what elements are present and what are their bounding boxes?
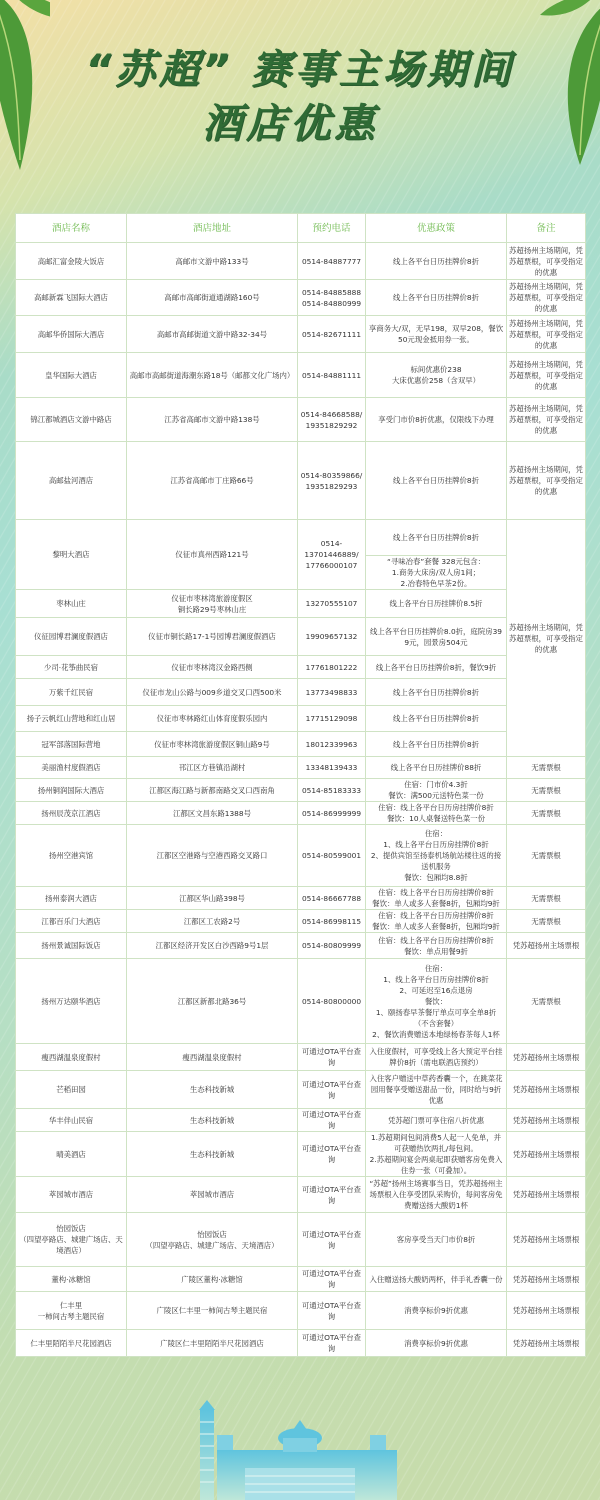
table-row: 仁丰里陌陌半尺花园酒店 广陵区仁丰里陌陌半尺花园酒店 可通过OTA平台查询 消费…: [16, 1330, 586, 1357]
hotel-offer: “苏超”扬州主场赛事当日，凭苏超扬州主场票根入住享受团队采购价，每间客房免费赠送…: [366, 1177, 507, 1213]
hotel-remark: 苏超扬州主场期间，凭苏超票根，可享受指定的优惠: [507, 442, 586, 520]
hotel-phone: 0514-84885888 0514-84880999: [298, 280, 366, 316]
hotel-offer: 线上各平台日历挂牌价8.0折，庭院房399元，园景房504元: [366, 618, 507, 656]
hotel-address: 高邮市文游中路133号: [127, 243, 298, 280]
hotel-address: 江苏省高邮市丁庄路66号: [127, 442, 298, 520]
hotel-offer: 消费享标价9折优惠: [366, 1330, 507, 1357]
hotel-name: 少司·花筝曲民宿: [16, 656, 127, 679]
hotel-name: 扬州景诚国际饭店: [16, 933, 127, 959]
page-title-line1: “苏超” 赛事主场期间: [0, 38, 600, 95]
table-row: 美丽渔村度假酒店 邗江区方巷镇沿湖村 13348139433 线上各平台日历挂牌…: [16, 757, 586, 779]
hotel-offer: 线上各平台日历挂牌价8折: [366, 706, 507, 732]
hotel-address: 生态科技新城: [127, 1071, 298, 1109]
page-title-line2: 酒店优惠: [0, 92, 590, 149]
hotel-phone: 13773498833: [298, 679, 366, 706]
table-header-row: 酒店名称 酒店地址 预约电话 优惠政策 备注: [16, 214, 586, 243]
hotel-address: 生态科技新城: [127, 1132, 298, 1177]
hotel-remark: 凭苏超扬州主场票根: [507, 1292, 586, 1330]
hotel-phone: 可通过OTA平台查询: [298, 1132, 366, 1177]
hotel-address: 江都区经济开发区白沙西路9号1层: [127, 933, 298, 959]
hotel-phone: 0514-80599001: [298, 825, 366, 887]
hotel-offer: 标间优惠价238 大床优惠价258（含双早）: [366, 353, 507, 398]
hotel-name: 江都百乐门大酒店: [16, 910, 127, 933]
hotel-name: 扬州泰润大酒店: [16, 887, 127, 910]
hotel-address: 生态科技新城: [127, 1109, 298, 1132]
hotel-offer: 住宿：线上各平台日历房挂牌价8折 餐饮：单点用餐9折: [366, 933, 507, 959]
hotel-name: 芒稻田园: [16, 1071, 127, 1109]
hotel-discount-table: 酒店名称 酒店地址 预约电话 优惠政策 备注 高邮汇富金陵大饭店 高邮市文游中路…: [15, 213, 586, 1357]
table-row: 扬州空港宾馆 江都区空港路与空港西路交叉路口 0514-80599001 住宿：…: [16, 825, 586, 887]
table-row: 仁丰里 一柿间古琴主题民宿 广陵区仁丰里一柿间古琴主题民宿 可通过OTA平台查询…: [16, 1292, 586, 1330]
table-row: 少司·花筝曲民宿 仪征市枣林湾汉金路西侧 17761801222 线上各平台日历…: [16, 656, 586, 679]
table-row: 高邮盐河酒店 江苏省高邮市丁庄路66号 0514-80359866/ 19351…: [16, 442, 586, 520]
hotel-phone: 可通过OTA平台查询: [298, 1109, 366, 1132]
hotel-remark: 凭苏超扬州主场票根: [507, 1071, 586, 1109]
table-row: 怡园饭店 （四望亭路店、城建广场店、天境酒店） 怡园饭店 （四望亭路店、城建广场…: [16, 1213, 586, 1267]
hotel-offer: 住宿： 1、线上各平台日历房挂牌价8折 2、可延迟至16点退房 餐饮： 1、颐扬…: [366, 959, 507, 1044]
hotel-offer: 享商务大/双，无早198，双早208，餐饮50元现金抵用券一张。: [366, 316, 507, 353]
hotel-name: 皇华国际大酒店: [16, 353, 127, 398]
header-hotel-name: 酒店名称: [16, 214, 127, 243]
hotel-name: 仁丰里陌陌半尺花园酒店: [16, 1330, 127, 1357]
hotel-phone: 可通过OTA平台查询: [298, 1267, 366, 1292]
hotel-address: 广陵区仁丰里陌陌半尺花园酒店: [127, 1330, 298, 1357]
hotel-offer: 消费享标价9折优惠: [366, 1292, 507, 1330]
hotel-phone: 13270555107: [298, 590, 366, 618]
hotel-remark: 无需票根: [507, 802, 586, 825]
table-row: 扬州景诚国际饭店 江都区经济开发区白沙西路9号1层 0514-80809999 …: [16, 933, 586, 959]
hotel-name: 晴美酒店: [16, 1132, 127, 1177]
hotel-phone: 0514- 13701446889/ 17766000107: [298, 520, 366, 590]
hotel-remark-merged: 苏超扬州主场期间，凭苏超票根，可享受指定的优惠: [507, 520, 586, 757]
table-row: 晴美酒店 生态科技新城 可通过OTA平台查询 1.苏超期间包间消费5人起一人免单…: [16, 1132, 586, 1177]
hotel-address: 江都区文昌东路1388号: [127, 802, 298, 825]
hotel-name: 扬州空港宾馆: [16, 825, 127, 887]
hotel-phone: 0514-86998115: [298, 910, 366, 933]
hotel-offer: 住宿：线上各平台日历房挂牌价8折 餐饮：单人或多人套餐8折，包厢均9折: [366, 887, 507, 910]
hotel-address: 仪征市龙山公路与009乡道交叉口西500米: [127, 679, 298, 706]
hotel-address: 仪征市枣林湾旅游度假区 铜长路29号枣林山庄: [127, 590, 298, 618]
hotel-remark: 无需票根: [507, 825, 586, 887]
hotel-name: 董构·冰糖馆: [16, 1267, 127, 1292]
hotel-address: 江都区新都北路36号: [127, 959, 298, 1044]
header-offer: 优惠政策: [366, 214, 507, 243]
hotel-offer: 入住客户赠送中草药香囊一个，在跳菜花园用餐享受赠送甜品一份，同时给与9折优惠: [366, 1071, 507, 1109]
hotel-phone: 可通过OTA平台查询: [298, 1292, 366, 1330]
hotel-address: 仪征市枣林湾汉金路西侧: [127, 656, 298, 679]
hotel-address: 仪征市真州西路121号: [127, 520, 298, 590]
hotel-name: 冠军部落国际营地: [16, 732, 127, 757]
hotel-name: 高邮汇富金陵大饭店: [16, 243, 127, 280]
hotel-address: 广陵区董构·冰糖馆: [127, 1267, 298, 1292]
header-phone: 预约电话: [298, 214, 366, 243]
hotel-address: 仪征市枣林路红山体育度假乐园内: [127, 706, 298, 732]
hotel-address: 江都区海江路与新都南路交叉口西南角: [127, 779, 298, 802]
hotel-name: 仪征园博君澜度假酒店: [16, 618, 127, 656]
hotel-address: 仪征市铜长路17-1号园博君澜度假酒店: [127, 618, 298, 656]
table-row: 枣林山庄 仪征市枣林湾旅游度假区 铜长路29号枣林山庄 13270555107 …: [16, 590, 586, 618]
hotel-address: 高邮市高邮街道文游中路32-34号: [127, 316, 298, 353]
hotel-remark: 无需票根: [507, 757, 586, 779]
hotel-offer: 住宿：门市价4.3折 餐饮：满500元送特色菜一份: [366, 779, 507, 802]
table-row: 皇华国际大酒店 高邮市高邮街道海潮东路18号（邮都文化广场内） 0514-848…: [16, 353, 586, 398]
hotel-address: 怡园饭店 （四望亭路店、城建广场店、天境酒店）: [127, 1213, 298, 1267]
hotel-phone: 可通过OTA平台查询: [298, 1330, 366, 1357]
hotel-remark: 凭苏超扬州主场票根: [507, 1109, 586, 1132]
table-row: 董构·冰糖馆 广陵区董构·冰糖馆 可通过OTA平台查询 入住赠送扬大酸奶两杯，伴…: [16, 1267, 586, 1292]
hotel-phone: 0514-80359866/ 19351829293: [298, 442, 366, 520]
table-row: 扬州铜润国际大酒店 江都区海江路与新都南路交叉口西南角 0514-8518333…: [16, 779, 586, 802]
hotel-address: 高邮市高邮街道海潮东路18号（邮都文化广场内）: [127, 353, 298, 398]
hotel-offer: 入住赠送扬大酸奶两杯，伴手礼香囊一份: [366, 1267, 507, 1292]
hotel-offer: 住宿：线上各平台日历房挂牌价8折 餐饮：单人或多人套餐8折，包厢均9折: [366, 910, 507, 933]
hotel-offer: 线上各平台日历挂牌价8折: [366, 280, 507, 316]
hotel-remark: 无需票根: [507, 959, 586, 1044]
hotel-name: 扬州辰茂京江酒店: [16, 802, 127, 825]
hotel-phone: 可通过OTA平台查询: [298, 1177, 366, 1213]
hotel-name: 万紫千红民宿: [16, 679, 127, 706]
hotel-name: 高邮新霖飞国际大酒店: [16, 280, 127, 316]
hotel-phone: 19909657132: [298, 618, 366, 656]
hotel-name: 扬子云帆红山营地和红山居: [16, 706, 127, 732]
hotel-remark: 苏超扬州主场期间，凭苏超票根，可享受指定的优惠: [507, 398, 586, 442]
hotel-phone: 0514-80809999: [298, 933, 366, 959]
hotel-phone: 可通过OTA平台查询: [298, 1044, 366, 1071]
hotel-phone: 0514-86999999: [298, 802, 366, 825]
hotel-phone: 可通过OTA平台查询: [298, 1071, 366, 1109]
hotel-offer: 凭苏超门票可享住宿八折优惠: [366, 1109, 507, 1132]
hotel-remark: 凭苏超扬州主场票根: [507, 1330, 586, 1357]
hotel-name: 美丽渔村度假酒店: [16, 757, 127, 779]
hotel-offer: 线上各平台日历挂牌价8折: [366, 732, 507, 757]
hotel-phone: 0514-80800000: [298, 959, 366, 1044]
hotel-phone: 0514-86667788: [298, 887, 366, 910]
hotel-address: 江都区空港路与空港西路交叉路口: [127, 825, 298, 887]
hotel-offer: 线上各平台日历挂牌价88折: [366, 757, 507, 779]
table-row: 江都百乐门大酒店 江都区工农路2号 0514-86998115 住宿：线上各平台…: [16, 910, 586, 933]
table-row: 萃园城市酒店 萃园城市酒店 可通过OTA平台查询 “苏超”扬州主场赛事当日，凭苏…: [16, 1177, 586, 1213]
hotel-phone: 17715129098: [298, 706, 366, 732]
hotel-name: 怡园饭店 （四望亭路店、城建广场店、天境酒店）: [16, 1213, 127, 1267]
hotel-name: 扬州铜润国际大酒店: [16, 779, 127, 802]
table-row: 冠军部落国际营地 仪征市枣林湾旅游度假区铜山路9号 18012339963 线上…: [16, 732, 586, 757]
hotel-remark: 苏超扬州主场期间，凭苏超票根，可享受指定的优惠: [507, 243, 586, 280]
hotel-address: 萃园城市酒店: [127, 1177, 298, 1213]
hotel-address: 邗江区方巷镇沿湖村: [127, 757, 298, 779]
hotel-remark: 苏超扬州主场期间，凭苏超票根，可享受指定的优惠: [507, 353, 586, 398]
hotel-phone: 0514-84881111: [298, 353, 366, 398]
hotel-remark: 凭苏超扬州主场票根: [507, 1044, 586, 1071]
hotel-address: 江苏省高邮市文游中路138号: [127, 398, 298, 442]
table-row: 扬州万达颐华酒店 江都区新都北路36号 0514-80800000 住宿： 1、…: [16, 959, 586, 1044]
hotel-remark: 凭苏超扬州主场票根: [507, 1177, 586, 1213]
hotel-address: 仪征市枣林湾旅游度假区铜山路9号: [127, 732, 298, 757]
hotel-phone: 17761801222: [298, 656, 366, 679]
header-remark: 备注: [507, 214, 586, 243]
hotel-name: 枣林山庄: [16, 590, 127, 618]
hotel-offer-package: “寻味冶春”套餐 328元包含： 1.商务大床房/双人房1间； 2.冶春特色早茶…: [366, 556, 507, 590]
hotel-name: 瘦西湖温泉度假村: [16, 1044, 127, 1071]
hotel-remark: 无需票根: [507, 910, 586, 933]
hotel-remark: 无需票根: [507, 887, 586, 910]
table-row: 华丰伴山民宿 生态科技新城 可通过OTA平台查询 凭苏超门票可享住宿八折优惠 凭…: [16, 1109, 586, 1132]
hotel-address: 广陵区仁丰里一柿间古琴主题民宿: [127, 1292, 298, 1330]
header-hotel-address: 酒店地址: [127, 214, 298, 243]
hotel-name: 黎明大酒店: [16, 520, 127, 590]
hotel-offer: 住宿：线上各平台日历房挂牌价8折 餐饮：10人桌餐送特色菜一份: [366, 802, 507, 825]
table-row: 扬子云帆红山营地和红山居 仪征市枣林路红山体育度假乐园内 17715129098…: [16, 706, 586, 732]
hotel-offer: 客房享受当天门市价8折: [366, 1213, 507, 1267]
hotel-name: 锦江都城酒店文游中路店: [16, 398, 127, 442]
table-row: 锦江都城酒店文游中路店 江苏省高邮市文游中路138号 0514-84668588…: [16, 398, 586, 442]
hotel-name: 高邮盐河酒店: [16, 442, 127, 520]
hotel-remark: 苏超扬州主场期间，凭苏超票根，可享受指定的优惠: [507, 280, 586, 316]
hotel-name: 高邮华侨国际大酒店: [16, 316, 127, 353]
hotel-offer: 线上各平台日历挂牌价8折，餐饮9折: [366, 656, 507, 679]
hotel-address: 江都区华山路398号: [127, 887, 298, 910]
hotel-offer: 线上各平台日历挂牌价8折: [366, 243, 507, 280]
hotel-remark: 无需票根: [507, 779, 586, 802]
table-row: 扬州辰茂京江酒店 江都区文昌东路1388号 0514-86999999 住宿：线…: [16, 802, 586, 825]
hotel-phone: 可通过OTA平台查询: [298, 1213, 366, 1267]
table-row: 仪征园博君澜度假酒店 仪征市铜长路17-1号园博君澜度假酒店 199096571…: [16, 618, 586, 656]
hotel-name: 仁丰里 一柿间古琴主题民宿: [16, 1292, 127, 1330]
hotel-phone: 0514-85183333: [298, 779, 366, 802]
hotel-name: 扬州万达颐华酒店: [16, 959, 127, 1044]
table-row: 瘦西湖温泉度假村 瘦西湖温泉度假村 可通过OTA平台查询 入住度假村，可享受线上…: [16, 1044, 586, 1071]
hotel-address: 江都区工农路2号: [127, 910, 298, 933]
hotel-offer: 入住度假村，可享受线上各大预定平台挂牌价8折（需电联酒店预约）: [366, 1044, 507, 1071]
hotel-offer: 享受门市价8折优惠，仅限线下办理: [366, 398, 507, 442]
hotel-remark: 凭苏超扬州主场票根: [507, 933, 586, 959]
hotel-remark: 凭苏超扬州主场票根: [507, 1132, 586, 1177]
hotel-phone: 0514-82671111: [298, 316, 366, 353]
table-row: 芒稻田园 生态科技新城 可通过OTA平台查询 入住客户赠送中草药香囊一个，在跳菜…: [16, 1071, 586, 1109]
landmark-building-icon: [195, 1400, 405, 1500]
hotel-name: 萃园城市酒店: [16, 1177, 127, 1213]
table-row: 扬州泰润大酒店 江都区华山路398号 0514-86667788 住宿：线上各平…: [16, 887, 586, 910]
hotel-remark: 苏超扬州主场期间，凭苏超票根，可享受指定的优惠: [507, 316, 586, 353]
table-row: 黎明大酒店 仪征市真州西路121号 0514- 13701446889/ 177…: [16, 520, 586, 556]
hotel-offer: 住宿： 1、线上各平台日历房挂牌价8折 2、提供宾馆至扬泰机场航站楼往返的接送机…: [366, 825, 507, 887]
hotel-offer: 线上各平台日历挂牌价8折: [366, 679, 507, 706]
hotel-remark: 凭苏超扬州主场票根: [507, 1267, 586, 1292]
hotel-phone: 13348139433: [298, 757, 366, 779]
hotel-offer: 1.苏超期间包间消费5人起一人免单，并可获赠热饮两扎/每包间。 2.苏超期间宴会…: [366, 1132, 507, 1177]
table-row: 高邮新霖飞国际大酒店 高邮市高邮街道通湖路160号 0514-84885888 …: [16, 280, 586, 316]
table-row: 高邮华侨国际大酒店 高邮市高邮街道文游中路32-34号 0514-8267111…: [16, 316, 586, 353]
hotel-offer: 线上各平台日历挂牌价8折: [366, 520, 507, 556]
table-row: 万紫千红民宿 仪征市龙山公路与009乡道交叉口西500米 13773498833…: [16, 679, 586, 706]
hotel-name: 华丰伴山民宿: [16, 1109, 127, 1132]
hotel-address: 瘦西湖温泉度假村: [127, 1044, 298, 1071]
table-row: 高邮汇富金陵大饭店 高邮市文游中路133号 0514-84887777 线上各平…: [16, 243, 586, 280]
hotel-address: 高邮市高邮街道通湖路160号: [127, 280, 298, 316]
hotel-phone: 0514-84668588/ 19351829292: [298, 398, 366, 442]
hotel-offer: 线上各平台日历挂牌价8.5折: [366, 590, 507, 618]
hotel-phone: 0514-84887777: [298, 243, 366, 280]
hotel-remark: 凭苏超扬州主场票根: [507, 1213, 586, 1267]
hotel-offer: 线上各平台日历挂牌价8折: [366, 442, 507, 520]
hotel-phone: 18012339963: [298, 732, 366, 757]
